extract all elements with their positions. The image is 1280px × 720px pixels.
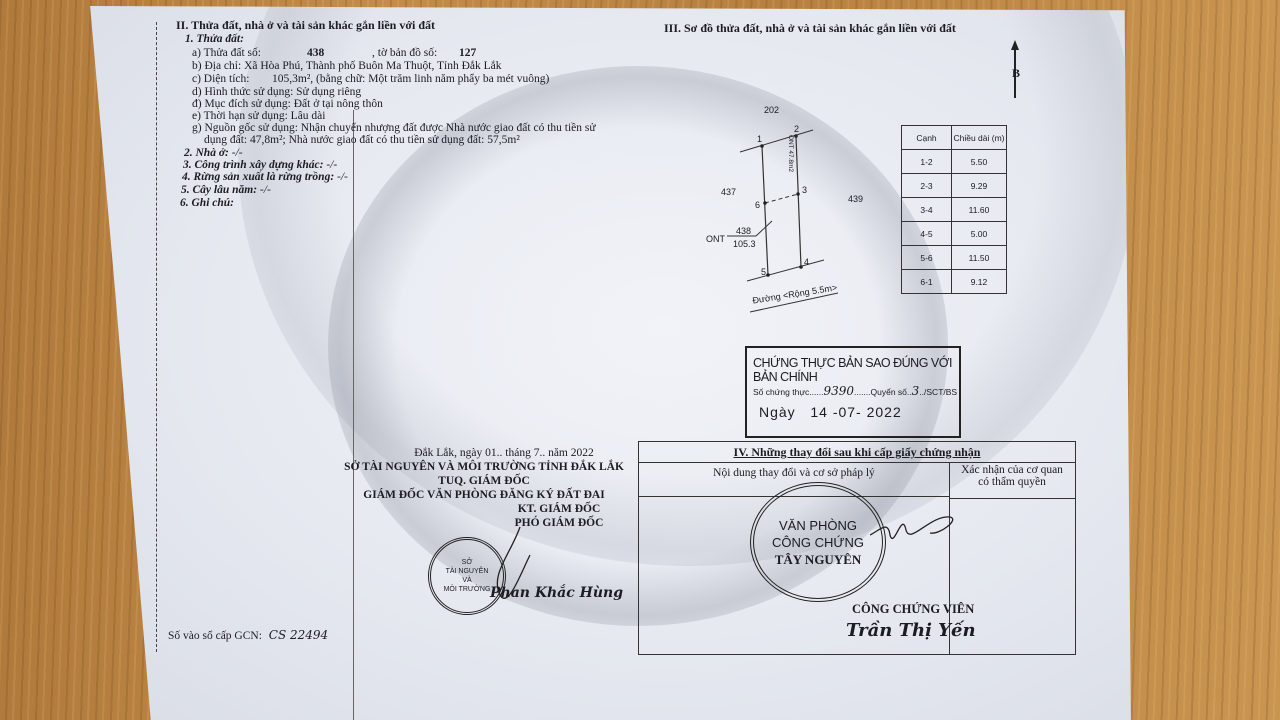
- point-5: 5: [761, 267, 766, 277]
- certification-date: 14 -07- 2022: [810, 404, 901, 420]
- parcel-area-label: 105.3: [733, 239, 756, 249]
- point-3: 3: [802, 185, 807, 195]
- section-ii-title: II. Thửa đất, nhà ở và tài sản khác gắn …: [176, 18, 435, 33]
- point-4: 4: [804, 257, 809, 267]
- area-value: 105,3m², (bằng chữ: Một trăm linh năm ph…: [272, 73, 549, 85]
- notes-item: 6. Ghi chú:: [180, 197, 234, 209]
- usage-form-row: d) Hình thức sử dụng: Sử dụng riêng: [192, 86, 361, 98]
- notary-name: Trần Thị Yến: [846, 620, 976, 641]
- table-row: 6-19.12: [902, 270, 1007, 294]
- forest-item: 4. Rừng sản xuất là rừng trồng: -/-: [182, 171, 348, 183]
- changes-col-confirm: Xác nhận của cơ quan có thẩm quyền: [949, 462, 1075, 499]
- registry-number: CS 22494: [269, 628, 328, 642]
- issuing-org: SỞ TÀI NGUYÊN VÀ MÔI TRƯỜNG TỈNH ĐẮK LẮK: [334, 461, 634, 473]
- margin-line: [156, 22, 157, 652]
- table-header: Cạnh Chiều dài (m): [902, 126, 1007, 150]
- notary-title: CÔNG CHỨNG VIÊN: [852, 602, 974, 617]
- tuq-title: TUQ. GIÁM ĐỐC: [334, 475, 634, 487]
- table-row: 4-55.00: [902, 222, 1007, 246]
- parcel-number-label: 438: [736, 226, 751, 236]
- neighbor-right: 439: [848, 194, 863, 204]
- address-value: Xã Hòa Phú, Thành phố Buôn Ma Thuột, Tỉn…: [244, 60, 501, 72]
- other-construction-item: 3. Công trình xây dựng khác: -/-: [183, 159, 337, 171]
- stamp-title: CHỨNG THỰC BẢN SAO ĐÚNG VỚI BẢN CHÍNH: [753, 356, 959, 384]
- kt-title: KT. GIÁM ĐỐC: [484, 503, 634, 515]
- purpose-row: đ) Mục đích sử dụng: Đất ở tại nông thôn: [192, 98, 383, 110]
- table-row: 5-611.50: [902, 246, 1007, 270]
- signature-mark: [480, 525, 540, 615]
- registry-row: Số vào sổ cấp GCN: CS 22494: [168, 628, 328, 642]
- edge-length-table: Cạnh Chiều dài (m) 1-25.50 2-39.29 3-411…: [901, 125, 1007, 294]
- signing-block: Đắk Lắk, ngày 01.. tháng 7.. năm 2022 SỞ…: [334, 447, 634, 529]
- table-row: 2-39.29: [902, 174, 1007, 198]
- notary-signature-mark: [870, 505, 970, 555]
- term-row: e) Thời hạn sử dụng: Lâu dài: [192, 110, 325, 122]
- neighbor-top: 202: [764, 105, 779, 115]
- origin-row: g) Nguồn gốc sử dụng: Nhận chuyển nhượng…: [192, 122, 596, 134]
- address-row: b) Địa chỉ: Xã Hòa Phú, Thành phố Buôn M…: [192, 60, 502, 72]
- point-6: 6: [755, 200, 760, 210]
- neighbor-left: 437: [721, 187, 736, 197]
- term-value: Lâu dài: [291, 110, 326, 122]
- point-1: 1: [757, 134, 762, 144]
- house-item: 2. Nhà ở: -/-: [184, 147, 243, 159]
- certification-number: 9390: [823, 384, 854, 398]
- land-code-label: ONT: [706, 234, 725, 244]
- purpose-value: Đất ở tại nông thôn: [294, 98, 383, 110]
- table-row: 1-25.50: [902, 150, 1007, 174]
- notary-seal: VĂN PHÒNG CÔNG CHỨNG TÂY NGUYÊN: [750, 482, 886, 602]
- map-sheet-number: 127: [459, 47, 476, 59]
- inner-zone-note: ONT 47.8m2: [787, 135, 794, 172]
- section-iv-title: IV. Những thay đổi sau khi cấp giấy chứn…: [639, 442, 1075, 463]
- area-row: c) Diện tích: 105,3m², (bằng chữ: Một tr…: [192, 73, 249, 85]
- fold-line: [353, 110, 354, 720]
- book-number: 3: [912, 384, 920, 398]
- usage-form-value: Sử dụng riêng: [296, 86, 361, 98]
- origin-row-cont: dụng đất: 47,8m²; Nhà nước giao đất có t…: [204, 134, 520, 146]
- point-2: 2: [794, 124, 799, 134]
- section-iii-title: III. Sơ đồ thửa đất, nhà ở và tài sản kh…: [664, 21, 956, 36]
- parcel-heading: 1. Thửa đất:: [185, 33, 244, 45]
- perennial-trees-item: 5. Cây lâu năm: -/-: [181, 184, 271, 196]
- parcel-sketch: [690, 100, 890, 320]
- table-row: 3-411.60: [902, 198, 1007, 222]
- parcel-number-row: a) Thửa đất số: 438 , tờ bản đồ số: 127: [192, 47, 261, 59]
- stamp-date-line: Ngày 14 -07- 2022: [759, 404, 902, 420]
- certified-copy-stamp: CHỨNG THỰC BẢN SAO ĐÚNG VỚI BẢN CHÍNH Số…: [745, 346, 961, 438]
- stamp-number-line: Số chứng thực......9390.......Quyển số..…: [753, 384, 957, 398]
- place-date: Đắk Lắk, ngày 01.. tháng 7.. năm 2022: [374, 447, 634, 459]
- signer-name: Phan Khắc Hùng: [490, 585, 623, 601]
- north-label: B: [1012, 66, 1020, 81]
- office-title: GIÁM ĐỐC VĂN PHÒNG ĐĂNG KÝ ĐẤT ĐAI: [334, 489, 634, 501]
- parcel-number: 438: [307, 47, 324, 59]
